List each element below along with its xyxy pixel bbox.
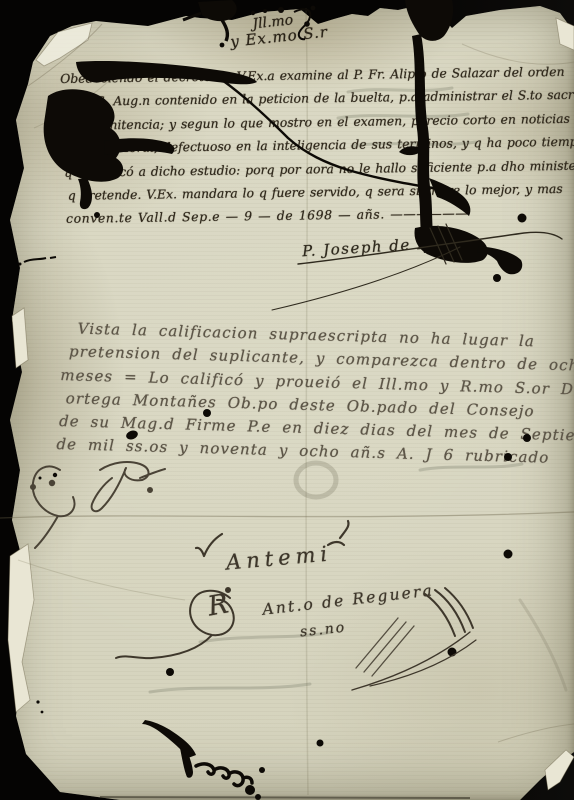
ink-dot [311, 6, 316, 11]
ink-dot [41, 711, 44, 714]
ink-streak-vertical-right [412, 34, 436, 253]
ink-blot-over-signature [415, 226, 488, 263]
decree-rubric-flourish [31, 462, 165, 548]
ink-streak-top-left [76, 61, 257, 84]
ink-dot [259, 767, 265, 773]
ink-stroke [183, 13, 201, 20]
ink-stroke [222, 20, 227, 41]
hook-flourish [340, 521, 349, 538]
tilde-flourish [328, 542, 344, 545]
ink-dot [31, 485, 35, 489]
check-flourish [196, 534, 222, 556]
ante-mi-flourish [196, 521, 349, 556]
ink-dot [263, 9, 267, 13]
ink-dot [220, 43, 225, 48]
pen-flourishes [31, 224, 562, 690]
ink-dot [304, 21, 310, 27]
rubric-hatch [356, 618, 414, 676]
ink-branch [399, 146, 419, 155]
rubric-tail [352, 632, 470, 690]
ink-blot-top-center [198, 0, 237, 21]
manuscript-scan: Jll.mo y Ex.mo S.r Obedeciendo el decret… [0, 0, 574, 800]
ink-blots [24, 0, 522, 800]
ink-dash-cluster [24, 257, 56, 262]
ink-dot [493, 274, 501, 282]
ink-dot [448, 648, 457, 657]
ink-dot [50, 481, 54, 485]
ink-blot-top-right [405, 0, 453, 41]
ink-dot [251, 11, 255, 15]
ink-dot [125, 429, 139, 441]
ink-dot [53, 473, 57, 477]
ink-streak-mid-left [104, 138, 174, 155]
ink-dot [148, 488, 152, 492]
ink-smear-bottom [142, 720, 196, 758]
ink-dot [226, 588, 230, 592]
ink-dot [94, 212, 100, 218]
ink-dot [203, 409, 211, 417]
ink-stains-overlay [0, 0, 574, 800]
ink-branch [429, 178, 470, 216]
ink-dot [19, 263, 22, 266]
initial-loop [116, 591, 234, 658]
ink-squiggle-bottom [196, 764, 252, 786]
ink-dot [36, 700, 39, 703]
ink-dot [504, 453, 512, 461]
ink-dot [39, 477, 42, 480]
flourish-squiggle [92, 462, 165, 511]
ink-blob [245, 785, 255, 795]
ink-dot [255, 794, 261, 800]
ink-dot [166, 668, 174, 676]
ink-drip [78, 178, 92, 209]
ink-blot-left-large [44, 89, 123, 181]
ink-dot [317, 740, 324, 747]
ink-hook [477, 246, 522, 274]
ink-dot [518, 214, 527, 223]
ink-dot [278, 7, 284, 13]
rubric-slash [425, 594, 455, 636]
ink-dot [523, 434, 531, 442]
signature-tail [272, 247, 460, 310]
ink-dot [504, 550, 513, 559]
